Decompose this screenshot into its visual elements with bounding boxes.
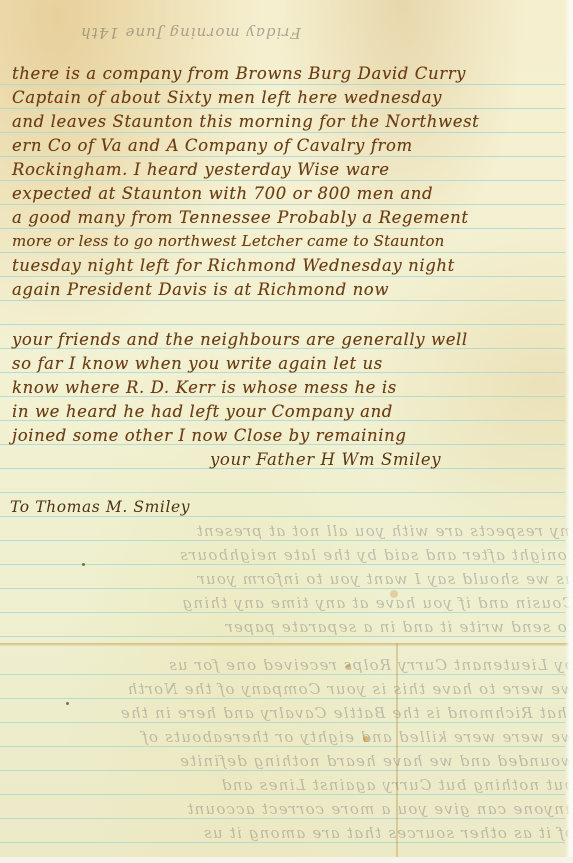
ruled-line <box>0 794 565 795</box>
page-edge-bottom <box>0 857 573 863</box>
ruled-line <box>0 204 565 205</box>
letter-line: more or less to go northwest Letcher cam… <box>12 232 445 250</box>
ruled-line <box>0 108 565 109</box>
letter-line: Rockingham. I heard yesterday Wise ware <box>12 160 390 179</box>
pencil-header-note: Friday morning June 14th <box>80 24 301 42</box>
ruled-line <box>0 156 565 157</box>
letter-line: and leaves Staunton this morning for the… <box>12 112 479 131</box>
ruled-line <box>0 180 565 181</box>
bleed-through-line: but nothing but Curry against Lines and <box>221 776 573 794</box>
letter-line: ern Co of Va and A Company of Cavalry fr… <box>12 136 413 155</box>
ruled-line <box>0 842 565 843</box>
letter-line: a good many from Tennessee Probably a Re… <box>12 208 469 227</box>
ruled-line <box>0 252 565 253</box>
ruled-line <box>0 300 565 301</box>
ruled-line <box>0 228 565 229</box>
ruled-line <box>0 698 565 699</box>
bleed-through-line: Cousin and if you have at any time any t… <box>181 594 573 612</box>
bleed-through-line: we were to have this is your Company of … <box>126 680 573 698</box>
ruled-line <box>0 722 565 723</box>
bleed-through-line: by Lieutenant Curry Rolps received one f… <box>168 656 573 674</box>
ruled-line <box>0 770 565 771</box>
bleed-through-line: to send write it and in a separate paper <box>224 618 573 636</box>
bleed-through-line: as we should say I want you to inform yo… <box>196 570 573 588</box>
bleed-through-line: anyone can give you a more correct accou… <box>186 800 573 818</box>
letter-line: your friends and the neighbours are gene… <box>12 330 468 349</box>
ruled-line <box>0 84 565 85</box>
paper-fold-horizontal <box>0 643 573 646</box>
ruled-line <box>0 636 565 637</box>
bleed-through-line: that Richmond is the Battle Cavalry and … <box>120 704 573 722</box>
ruled-line <box>0 588 565 589</box>
letter-line: tuesday night left for Richmond Wednesda… <box>12 256 455 275</box>
ruled-line <box>0 324 565 325</box>
bleed-through-line: we were were killed and eighty or therea… <box>141 728 573 746</box>
ruled-line <box>0 492 565 493</box>
ruled-line <box>0 674 565 675</box>
letter-line: expected at Staunton with 700 or 800 men… <box>12 184 433 203</box>
letter-line: Captain of about Sixty men left here wed… <box>12 88 442 107</box>
bleed-through-line: tonight after and said by the late neigh… <box>179 546 573 564</box>
letter-line: joined some other I now Close by remaini… <box>12 426 407 445</box>
ruled-line <box>0 612 565 613</box>
page-edge-right <box>565 0 573 863</box>
letter-line: there is a company from Browns Burg Davi… <box>12 64 466 83</box>
ruled-line <box>0 540 565 541</box>
ruled-line <box>0 746 565 747</box>
signature: your Father H Wm Smiley <box>210 450 441 469</box>
addressee: To Thomas M. Smiley <box>10 498 190 516</box>
bleed-through-line: of it as other sources that are among it… <box>203 824 573 842</box>
bleed-through-line: wounded and we have heard nothing defini… <box>179 752 573 770</box>
letter-line: again President Davis is at Richmond now <box>12 280 389 299</box>
letter-line: in we heard he had left your Company and <box>12 402 393 421</box>
letter-page: Friday morning June 14th my respects are… <box>0 0 573 863</box>
ruled-line <box>0 818 565 819</box>
letter-line: so far I know when you write again let u… <box>12 354 383 373</box>
ruled-line <box>0 132 565 133</box>
letter-line: know where R. D. Kerr is whose mess he i… <box>12 378 397 397</box>
ruled-line <box>0 516 565 517</box>
bleed-through-line: my respects are with you all not at pres… <box>196 522 573 540</box>
ruled-line <box>0 276 565 277</box>
ink-stain <box>82 563 85 566</box>
ink-stain <box>66 702 69 705</box>
